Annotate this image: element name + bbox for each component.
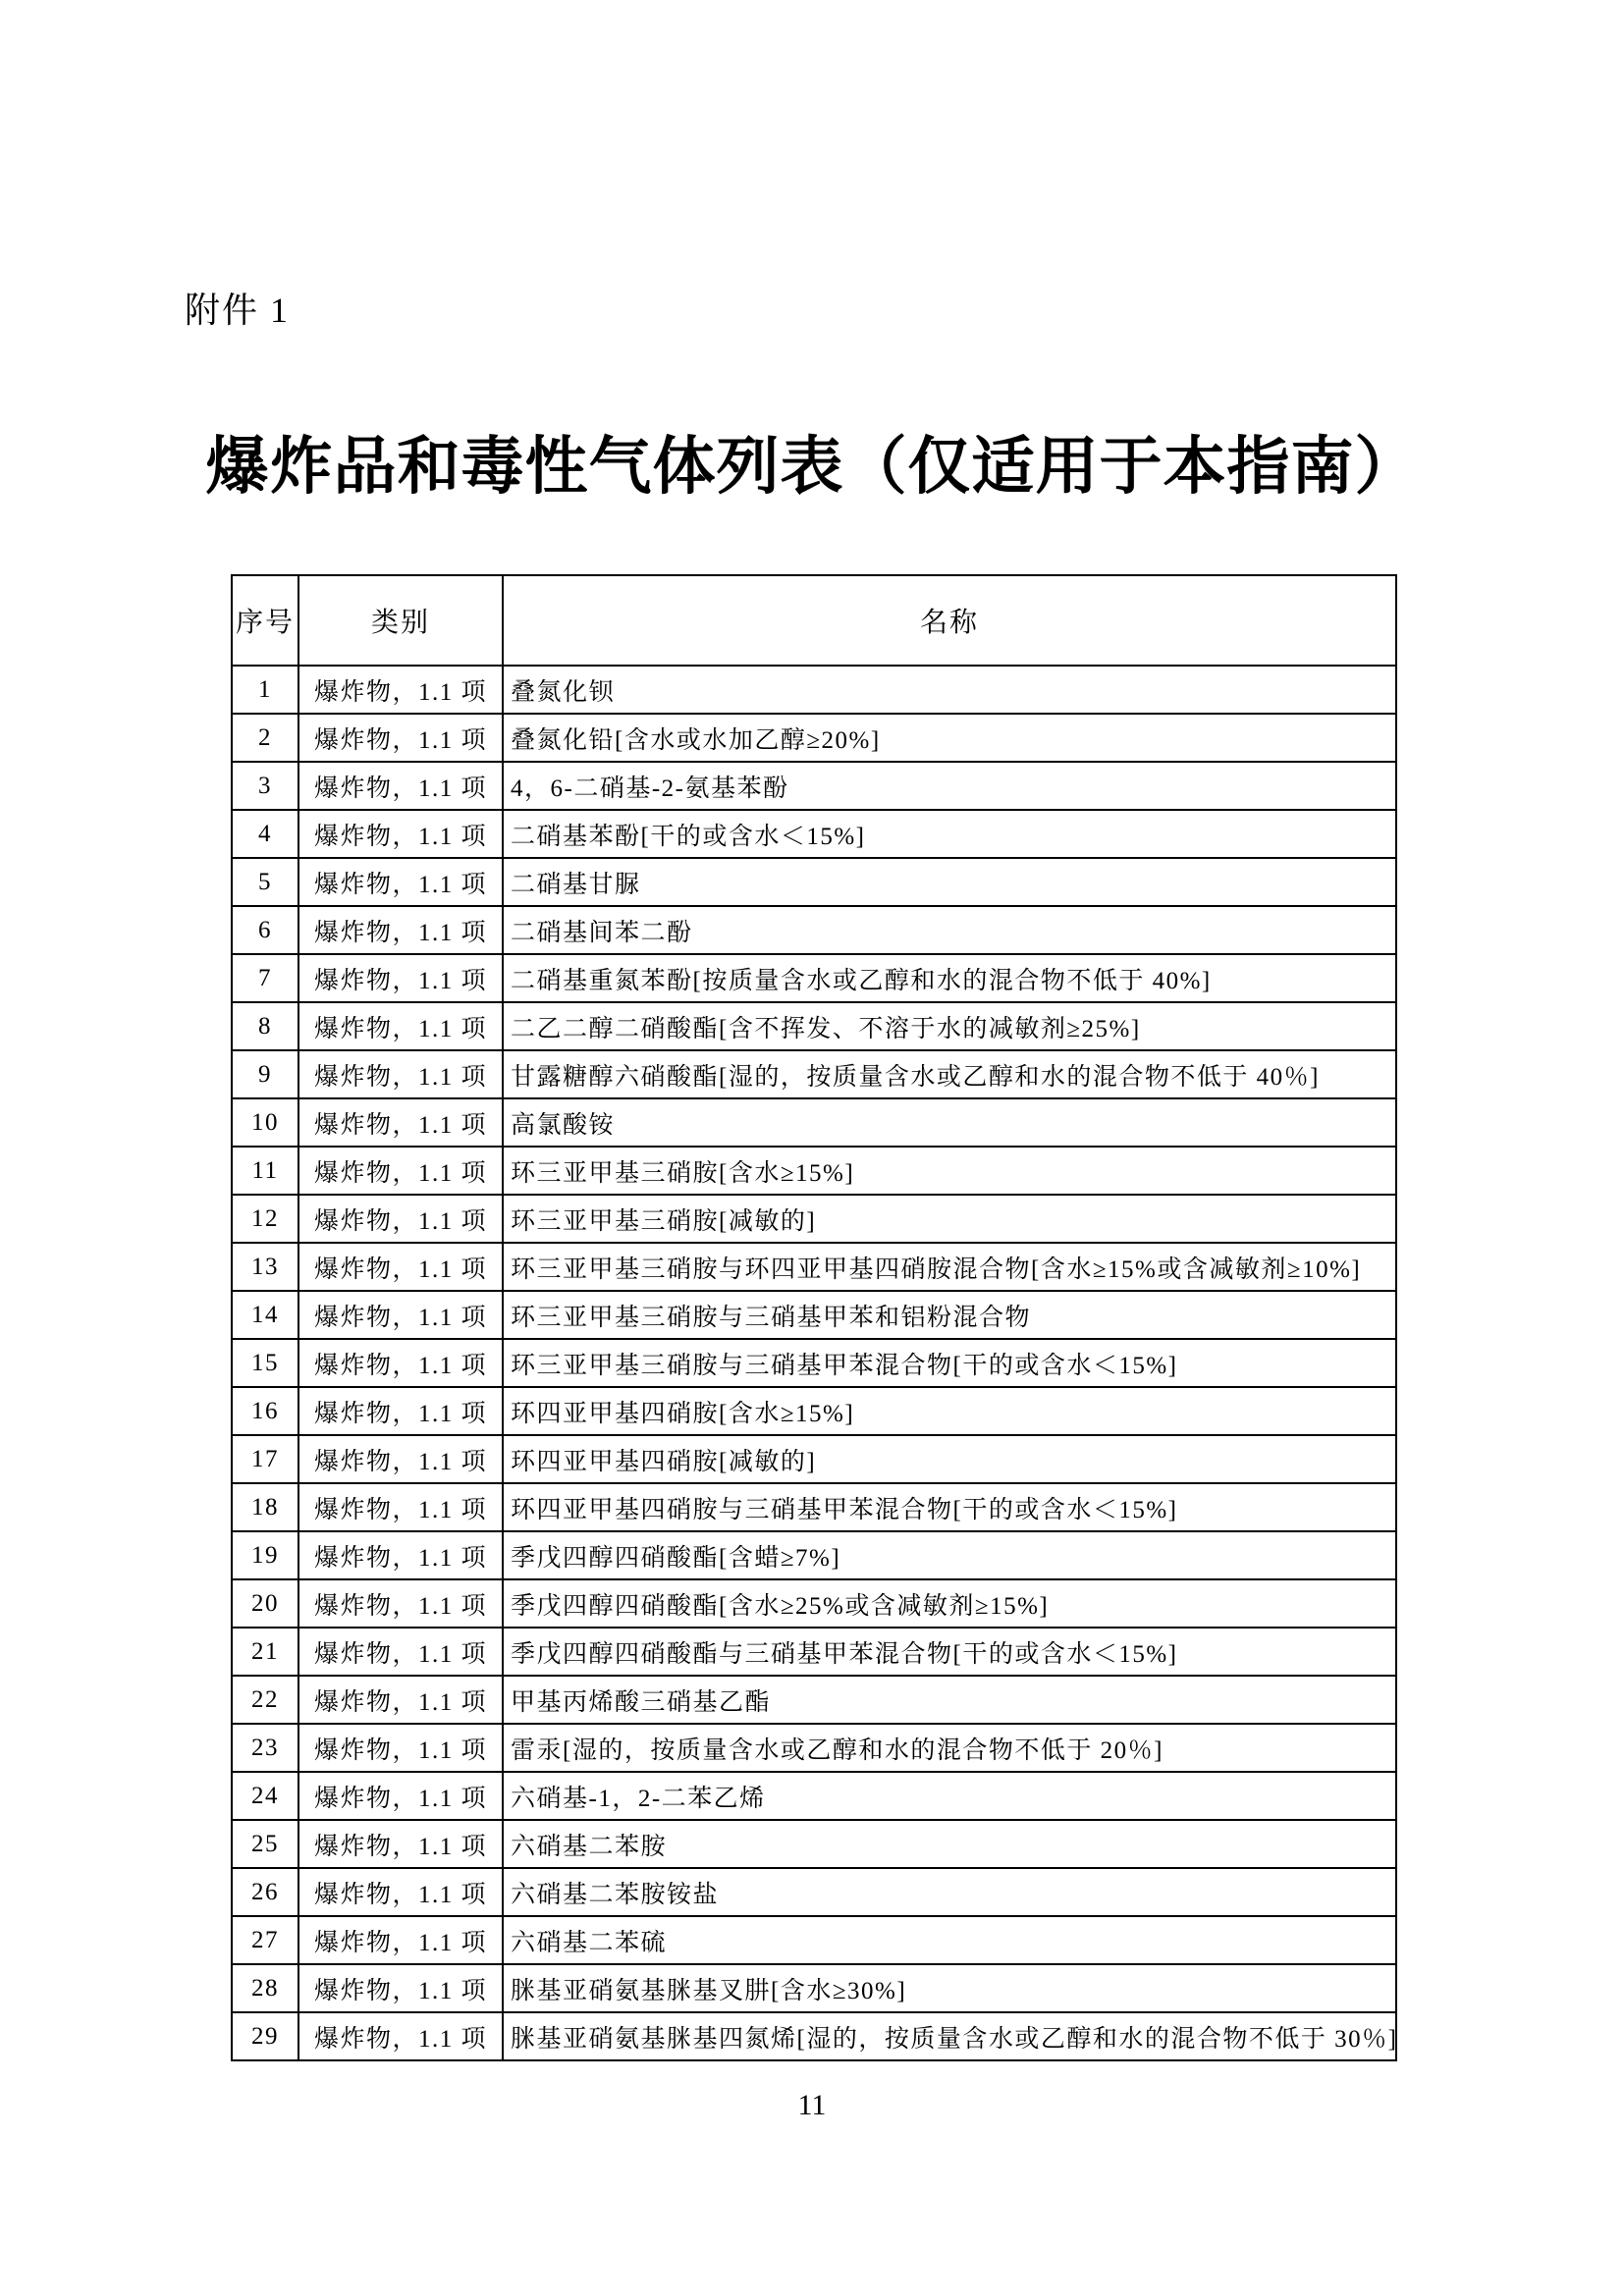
row-no-cell: 3 bbox=[232, 762, 298, 810]
table-row: 4爆炸物，1.1 项二硝基苯酚[干的或含水＜15%] bbox=[232, 810, 1396, 858]
table-row: 20爆炸物，1.1 项季戊四醇四硝酸酯[含水≥25%或含减敏剂≥15%] bbox=[232, 1579, 1396, 1628]
row-name-cell: 环三亚甲基三硝胺与三硝基甲苯混合物[干的或含水＜15%] bbox=[503, 1339, 1396, 1387]
row-no-cell: 21 bbox=[232, 1628, 298, 1676]
table-row: 18爆炸物，1.1 项环四亚甲基四硝胺与三硝基甲苯混合物[干的或含水＜15%] bbox=[232, 1483, 1396, 1531]
row-category-cell: 爆炸物，1.1 项 bbox=[298, 810, 503, 858]
table-header-row: 序号 类别 名称 bbox=[232, 575, 1396, 666]
row-category-cell: 爆炸物，1.1 项 bbox=[298, 1820, 503, 1868]
row-no-cell: 20 bbox=[232, 1579, 298, 1628]
table-row: 8爆炸物，1.1 项二乙二醇二硝酸酯[含不挥发、不溶于水的减敏剂≥25%] bbox=[232, 1002, 1396, 1050]
row-category-cell: 爆炸物，1.1 项 bbox=[298, 714, 503, 762]
row-category-cell: 爆炸物，1.1 项 bbox=[298, 1964, 503, 2012]
row-category-cell: 爆炸物，1.1 项 bbox=[298, 1339, 503, 1387]
table-row: 27爆炸物，1.1 项六硝基二苯硫 bbox=[232, 1916, 1396, 1964]
row-no-cell: 7 bbox=[232, 954, 298, 1002]
row-name-cell: 雷汞[湿的，按质量含水或乙醇和水的混合物不低于 20％] bbox=[503, 1724, 1396, 1772]
table-row: 5爆炸物，1.1 项二硝基甘脲 bbox=[232, 858, 1396, 906]
row-no-cell: 16 bbox=[232, 1387, 298, 1435]
row-no-cell: 27 bbox=[232, 1916, 298, 1964]
row-name-cell: 环三亚甲基三硝胺与三硝基甲苯和铝粉混合物 bbox=[503, 1291, 1396, 1339]
header-category: 类别 bbox=[298, 575, 503, 666]
row-no-cell: 25 bbox=[232, 1820, 298, 1868]
table-row: 19爆炸物，1.1 项季戊四醇四硝酸酯[含蜡≥7%] bbox=[232, 1531, 1396, 1579]
row-no-cell: 12 bbox=[232, 1195, 298, 1243]
row-category-cell: 爆炸物，1.1 项 bbox=[298, 1531, 503, 1579]
row-no-cell: 1 bbox=[232, 666, 298, 714]
table-row: 21爆炸物，1.1 项季戊四醇四硝酸酯与三硝基甲苯混合物[干的或含水＜15%] bbox=[232, 1628, 1396, 1676]
row-category-cell: 爆炸物，1.1 项 bbox=[298, 666, 503, 714]
row-name-cell: 二硝基苯酚[干的或含水＜15%] bbox=[503, 810, 1396, 858]
table-row: 6爆炸物，1.1 项二硝基间苯二酚 bbox=[232, 906, 1396, 954]
table-row: 12爆炸物，1.1 项环三亚甲基三硝胺[减敏的] bbox=[232, 1195, 1396, 1243]
row-name-cell: 高氯酸铵 bbox=[503, 1098, 1396, 1147]
table-row: 22爆炸物，1.1 项甲基丙烯酸三硝基乙酯 bbox=[232, 1676, 1396, 1724]
row-no-cell: 17 bbox=[232, 1435, 298, 1483]
row-no-cell: 26 bbox=[232, 1868, 298, 1916]
row-name-cell: 季戊四醇四硝酸酯与三硝基甲苯混合物[干的或含水＜15%] bbox=[503, 1628, 1396, 1676]
row-name-cell: 六硝基-1，2-二苯乙烯 bbox=[503, 1772, 1396, 1820]
page-title: 爆炸品和毒性气体列表（仅适用于本指南） bbox=[0, 416, 1624, 507]
table-row: 13爆炸物，1.1 项环三亚甲基三硝胺与环四亚甲基四硝胺混合物[含水≥15%或含… bbox=[232, 1243, 1396, 1291]
header-no: 序号 bbox=[232, 575, 298, 666]
row-name-cell: 脒基亚硝氨基脒基四氮烯[湿的，按质量含水或乙醇和水的混合物不低于 30％] bbox=[503, 2012, 1396, 2060]
row-name-cell: 季戊四醇四硝酸酯[含水≥25%或含减敏剂≥15%] bbox=[503, 1579, 1396, 1628]
row-no-cell: 6 bbox=[232, 906, 298, 954]
row-category-cell: 爆炸物，1.1 项 bbox=[298, 954, 503, 1002]
document-page: 附件 1 爆炸品和毒性气体列表（仅适用于本指南） 序号 类别 名称 1爆炸物，1… bbox=[0, 0, 1624, 2296]
row-name-cell: 六硝基二苯胺 bbox=[503, 1820, 1396, 1868]
row-category-cell: 爆炸物，1.1 项 bbox=[298, 906, 503, 954]
row-category-cell: 爆炸物，1.1 项 bbox=[298, 1387, 503, 1435]
row-name-cell: 甲基丙烯酸三硝基乙酯 bbox=[503, 1676, 1396, 1724]
row-category-cell: 爆炸物，1.1 项 bbox=[298, 1724, 503, 1772]
row-category-cell: 爆炸物，1.1 项 bbox=[298, 1050, 503, 1098]
row-no-cell: 15 bbox=[232, 1339, 298, 1387]
table-row: 11爆炸物，1.1 项环三亚甲基三硝胺[含水≥15%] bbox=[232, 1147, 1396, 1195]
row-name-cell: 甘露糖醇六硝酸酯[湿的，按质量含水或乙醇和水的混合物不低于 40％] bbox=[503, 1050, 1396, 1098]
row-name-cell: 脒基亚硝氨基脒基叉肼[含水≥30%] bbox=[503, 1964, 1396, 2012]
row-no-cell: 22 bbox=[232, 1676, 298, 1724]
table-row: 10爆炸物，1.1 项高氯酸铵 bbox=[232, 1098, 1396, 1147]
table-row: 26爆炸物，1.1 项六硝基二苯胺铵盐 bbox=[232, 1868, 1396, 1916]
row-category-cell: 爆炸物，1.1 项 bbox=[298, 1243, 503, 1291]
table-row: 15爆炸物，1.1 项环三亚甲基三硝胺与三硝基甲苯混合物[干的或含水＜15%] bbox=[232, 1339, 1396, 1387]
row-name-cell: 环四亚甲基四硝胺[减敏的] bbox=[503, 1435, 1396, 1483]
row-category-cell: 爆炸物，1.1 项 bbox=[298, 1579, 503, 1628]
row-category-cell: 爆炸物，1.1 项 bbox=[298, 1002, 503, 1050]
row-no-cell: 23 bbox=[232, 1724, 298, 1772]
table-row: 17爆炸物，1.1 项环四亚甲基四硝胺[减敏的] bbox=[232, 1435, 1396, 1483]
row-no-cell: 10 bbox=[232, 1098, 298, 1147]
row-name-cell: 六硝基二苯胺铵盐 bbox=[503, 1868, 1396, 1916]
table-row: 28爆炸物，1.1 项脒基亚硝氨基脒基叉肼[含水≥30%] bbox=[232, 1964, 1396, 2012]
row-category-cell: 爆炸物，1.1 项 bbox=[298, 762, 503, 810]
table-row: 14爆炸物，1.1 项环三亚甲基三硝胺与三硝基甲苯和铝粉混合物 bbox=[232, 1291, 1396, 1339]
row-category-cell: 爆炸物，1.1 项 bbox=[298, 1772, 503, 1820]
row-name-cell: 二硝基重氮苯酚[按质量含水或乙醇和水的混合物不低于 40%] bbox=[503, 954, 1396, 1002]
row-category-cell: 爆炸物，1.1 项 bbox=[298, 1435, 503, 1483]
row-name-cell: 二硝基甘脲 bbox=[503, 858, 1396, 906]
table-row: 7爆炸物，1.1 项二硝基重氮苯酚[按质量含水或乙醇和水的混合物不低于 40%] bbox=[232, 954, 1396, 1002]
row-name-cell: 叠氮化钡 bbox=[503, 666, 1396, 714]
row-no-cell: 18 bbox=[232, 1483, 298, 1531]
row-no-cell: 8 bbox=[232, 1002, 298, 1050]
row-category-cell: 爆炸物，1.1 项 bbox=[298, 1676, 503, 1724]
table-row: 2爆炸物，1.1 项叠氮化铅[含水或水加乙醇≥20%] bbox=[232, 714, 1396, 762]
row-no-cell: 2 bbox=[232, 714, 298, 762]
row-name-cell: 环三亚甲基三硝胺[减敏的] bbox=[503, 1195, 1396, 1243]
row-name-cell: 二乙二醇二硝酸酯[含不挥发、不溶于水的减敏剂≥25%] bbox=[503, 1002, 1396, 1050]
row-category-cell: 爆炸物，1.1 项 bbox=[298, 1147, 503, 1195]
row-name-cell: 环四亚甲基四硝胺与三硝基甲苯混合物[干的或含水＜15%] bbox=[503, 1483, 1396, 1531]
row-no-cell: 4 bbox=[232, 810, 298, 858]
table-row: 16爆炸物，1.1 项环四亚甲基四硝胺[含水≥15%] bbox=[232, 1387, 1396, 1435]
row-name-cell: 环三亚甲基三硝胺与环四亚甲基四硝胺混合物[含水≥15%或含减敏剂≥10%] bbox=[503, 1243, 1396, 1291]
table-row: 3爆炸物，1.1 项4，6-二硝基-2-氨基苯酚 bbox=[232, 762, 1396, 810]
table-row: 24爆炸物，1.1 项六硝基-1，2-二苯乙烯 bbox=[232, 1772, 1396, 1820]
header-name: 名称 bbox=[503, 575, 1396, 666]
row-category-cell: 爆炸物，1.1 项 bbox=[298, 2012, 503, 2060]
row-category-cell: 爆炸物，1.1 项 bbox=[298, 858, 503, 906]
table-body: 1爆炸物，1.1 项叠氮化钡2爆炸物，1.1 项叠氮化铅[含水或水加乙醇≥20%… bbox=[232, 666, 1396, 2060]
table-row: 1爆炸物，1.1 项叠氮化钡 bbox=[232, 666, 1396, 714]
row-name-cell: 4，6-二硝基-2-氨基苯酚 bbox=[503, 762, 1396, 810]
table-row: 9爆炸物，1.1 项甘露糖醇六硝酸酯[湿的，按质量含水或乙醇和水的混合物不低于 … bbox=[232, 1050, 1396, 1098]
row-category-cell: 爆炸物，1.1 项 bbox=[298, 1916, 503, 1964]
row-no-cell: 19 bbox=[232, 1531, 298, 1579]
table-row: 25爆炸物，1.1 项六硝基二苯胺 bbox=[232, 1820, 1396, 1868]
row-category-cell: 爆炸物，1.1 项 bbox=[298, 1868, 503, 1916]
page-number: 11 bbox=[0, 2089, 1624, 2122]
row-no-cell: 14 bbox=[232, 1291, 298, 1339]
row-category-cell: 爆炸物，1.1 项 bbox=[298, 1291, 503, 1339]
row-no-cell: 13 bbox=[232, 1243, 298, 1291]
row-no-cell: 29 bbox=[232, 2012, 298, 2060]
row-name-cell: 叠氮化铅[含水或水加乙醇≥20%] bbox=[503, 714, 1396, 762]
row-no-cell: 5 bbox=[232, 858, 298, 906]
attachment-label: 附件 1 bbox=[185, 283, 290, 333]
row-name-cell: 季戊四醇四硝酸酯[含蜡≥7%] bbox=[503, 1531, 1396, 1579]
row-no-cell: 11 bbox=[232, 1147, 298, 1195]
row-no-cell: 9 bbox=[232, 1050, 298, 1098]
row-category-cell: 爆炸物，1.1 项 bbox=[298, 1098, 503, 1147]
row-category-cell: 爆炸物，1.1 项 bbox=[298, 1483, 503, 1531]
table-header: 序号 类别 名称 bbox=[232, 575, 1396, 666]
row-category-cell: 爆炸物，1.1 项 bbox=[298, 1628, 503, 1676]
table-row: 23爆炸物，1.1 项雷汞[湿的，按质量含水或乙醇和水的混合物不低于 20％] bbox=[232, 1724, 1396, 1772]
table-row: 29爆炸物，1.1 项脒基亚硝氨基脒基四氮烯[湿的，按质量含水或乙醇和水的混合物… bbox=[232, 2012, 1396, 2060]
row-no-cell: 28 bbox=[232, 1964, 298, 2012]
row-no-cell: 24 bbox=[232, 1772, 298, 1820]
row-name-cell: 环三亚甲基三硝胺[含水≥15%] bbox=[503, 1147, 1396, 1195]
explosives-table: 序号 类别 名称 1爆炸物，1.1 项叠氮化钡2爆炸物，1.1 项叠氮化铅[含水… bbox=[231, 574, 1397, 2061]
row-name-cell: 二硝基间苯二酚 bbox=[503, 906, 1396, 954]
row-category-cell: 爆炸物，1.1 项 bbox=[298, 1195, 503, 1243]
row-name-cell: 六硝基二苯硫 bbox=[503, 1916, 1396, 1964]
row-name-cell: 环四亚甲基四硝胺[含水≥15%] bbox=[503, 1387, 1396, 1435]
